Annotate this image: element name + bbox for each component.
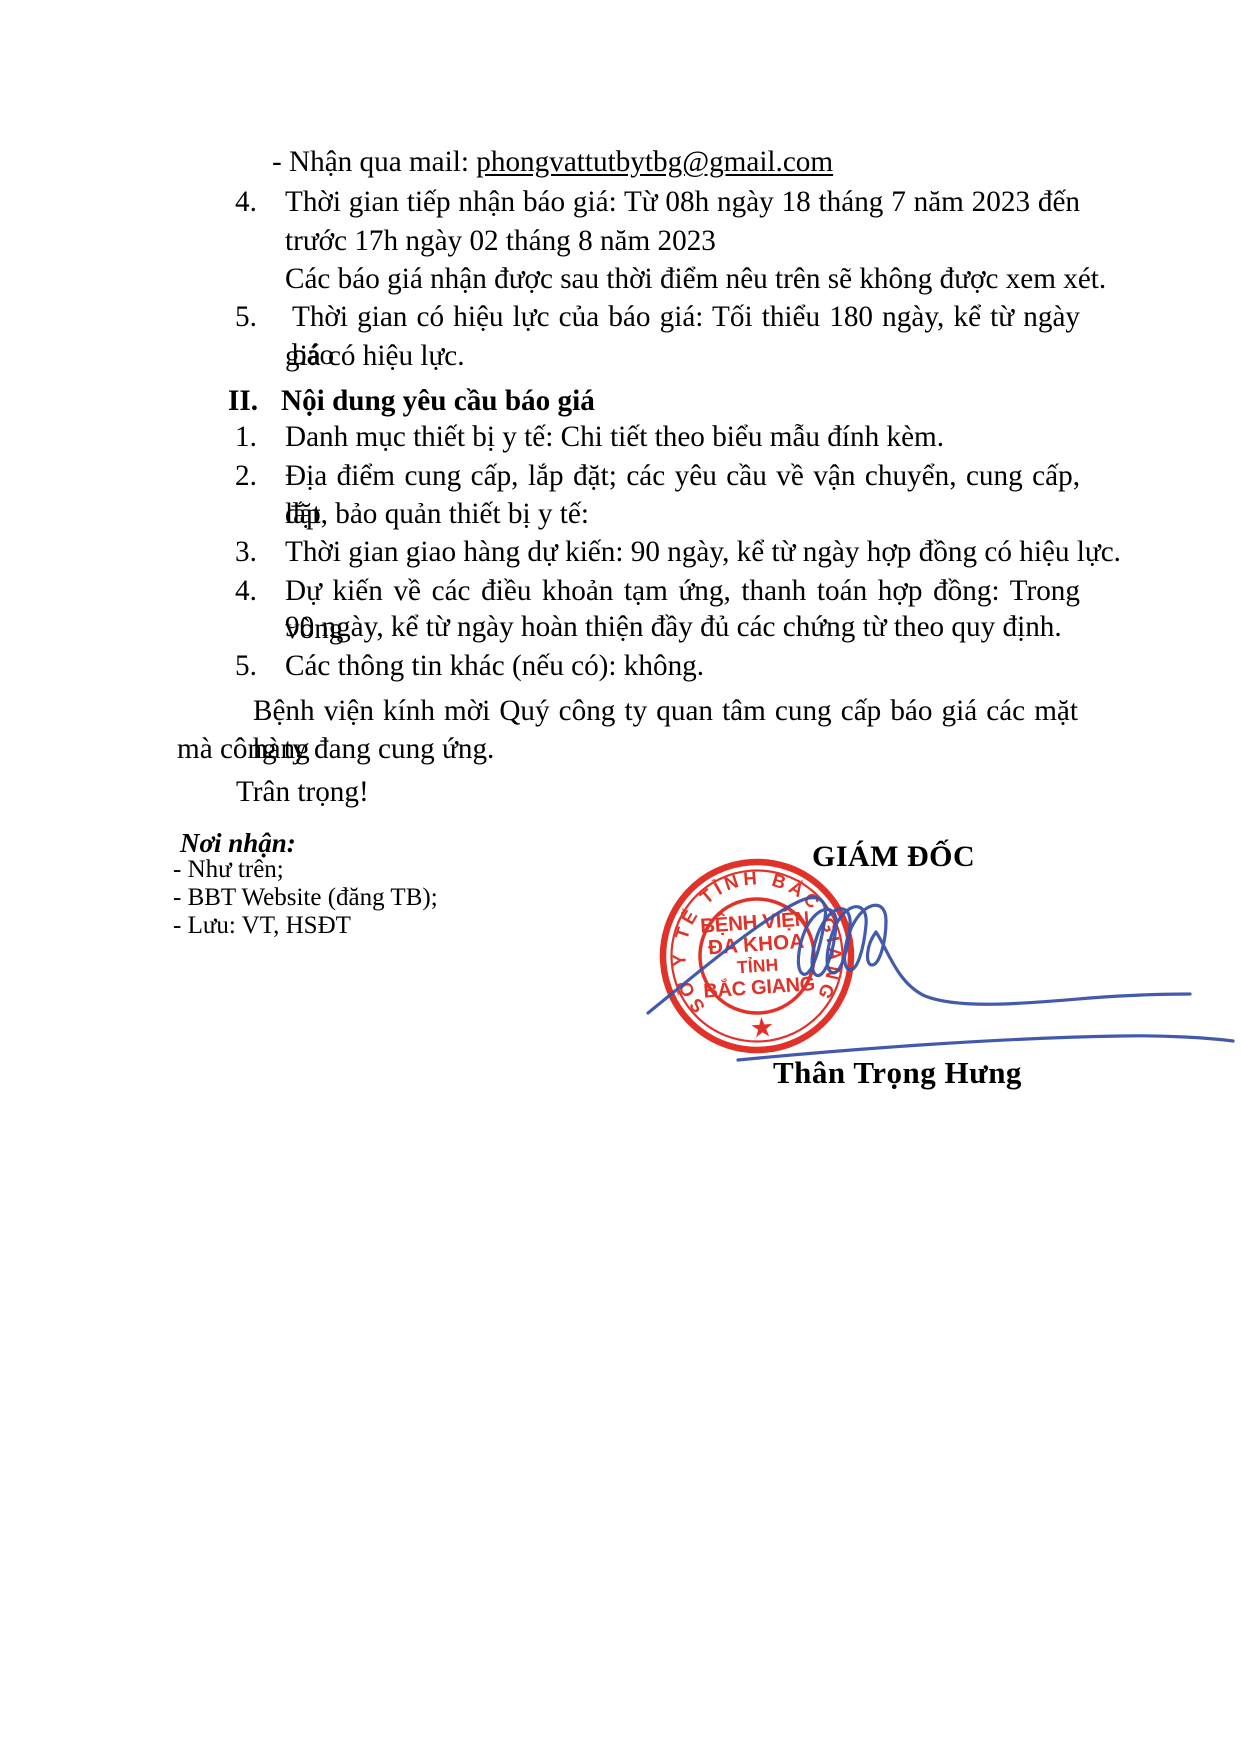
regards-line: Trân trọng! — [236, 773, 369, 811]
email-line: - Nhận qua mail: phongvattutbytbg@gmail.… — [272, 143, 833, 181]
s2-item-3-number: 3. — [235, 533, 257, 571]
list-item-4-line-1: Thời gian tiếp nhận báo giá: Từ 08h ngày… — [285, 183, 1080, 221]
section-2-title: Nội dung yêu cầu báo giá — [281, 382, 595, 420]
s2-item-3-line-1: Thời gian giao hàng dự kiến: 90 ngày, kể… — [285, 533, 1121, 571]
list-item-4-number: 4. — [235, 183, 257, 221]
email-line-prefix: - Nhận qua mail: — [272, 146, 476, 178]
s2-item-5-line-1: Các thông tin khác (nếu có): không. — [285, 647, 704, 685]
recipient-item-2: - BBT Website (đăng TB); — [173, 884, 438, 912]
s2-item-2-line-2: đặt, bảo quản thiết bị y tế: — [285, 495, 589, 533]
s2-item-1-line-1: Danh mục thiết bị y tế: Chi tiết theo bi… — [285, 418, 944, 456]
signature-scribble — [600, 860, 1241, 1080]
list-item-4-line-2: trước 17h ngày 02 tháng 8 năm 2023 — [285, 222, 716, 260]
recipient-item-3: - Lưu: VT, HSĐT — [173, 912, 351, 940]
email-link[interactable]: phongvattutbytbg@gmail.com — [476, 146, 833, 178]
list-item-5-number: 5. — [235, 298, 257, 336]
s2-item-4-line-2: 90 ngày, kể từ ngày hoàn thiện đầy đủ cá… — [285, 608, 1062, 646]
recipient-item-1: - Như trên; — [173, 856, 284, 884]
signer-name: Thân Trọng Hưng — [773, 1054, 1022, 1092]
closing-paragraph-line-2: mà công ty đang cung ứng. — [177, 730, 494, 768]
signature-main-stroke — [648, 898, 1190, 1013]
list-item-5-line-2: giá có hiệu lực. — [285, 337, 465, 375]
document-page: - Nhận qua mail: phongvattutbytbg@gmail.… — [0, 0, 1241, 1755]
s2-item-5-number: 5. — [235, 647, 257, 685]
s2-item-4-number: 4. — [235, 572, 257, 610]
list-item-4-line-3: Các báo giá nhận được sau thời điểm nêu … — [285, 260, 1106, 298]
s2-item-1-number: 1. — [235, 418, 257, 456]
s2-item-2-number: 2. — [235, 457, 257, 495]
section-2-number: II. — [228, 382, 258, 420]
